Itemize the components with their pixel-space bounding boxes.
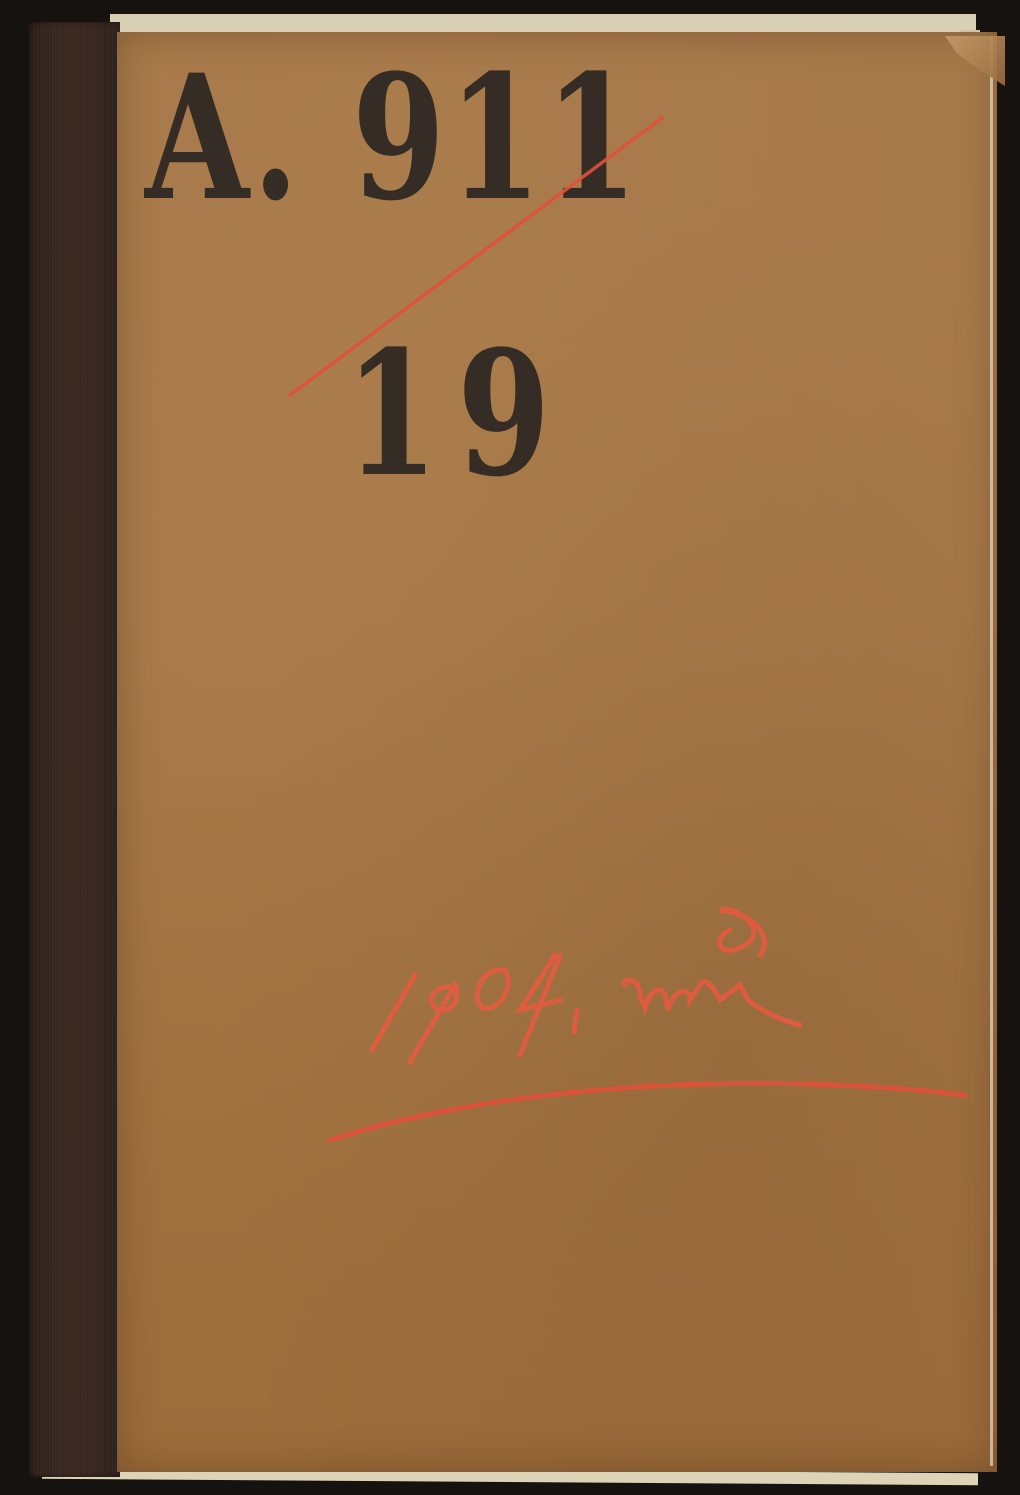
kraft-cover [117,32,997,1472]
sub-number-stamp: 19 [345,328,569,500]
document-photo: A. 911 19 [0,0,1020,1495]
cover-right-edge [990,36,993,1466]
catalog-number-stamp: A. 911 [145,52,641,224]
cloth-spine [28,22,120,1477]
